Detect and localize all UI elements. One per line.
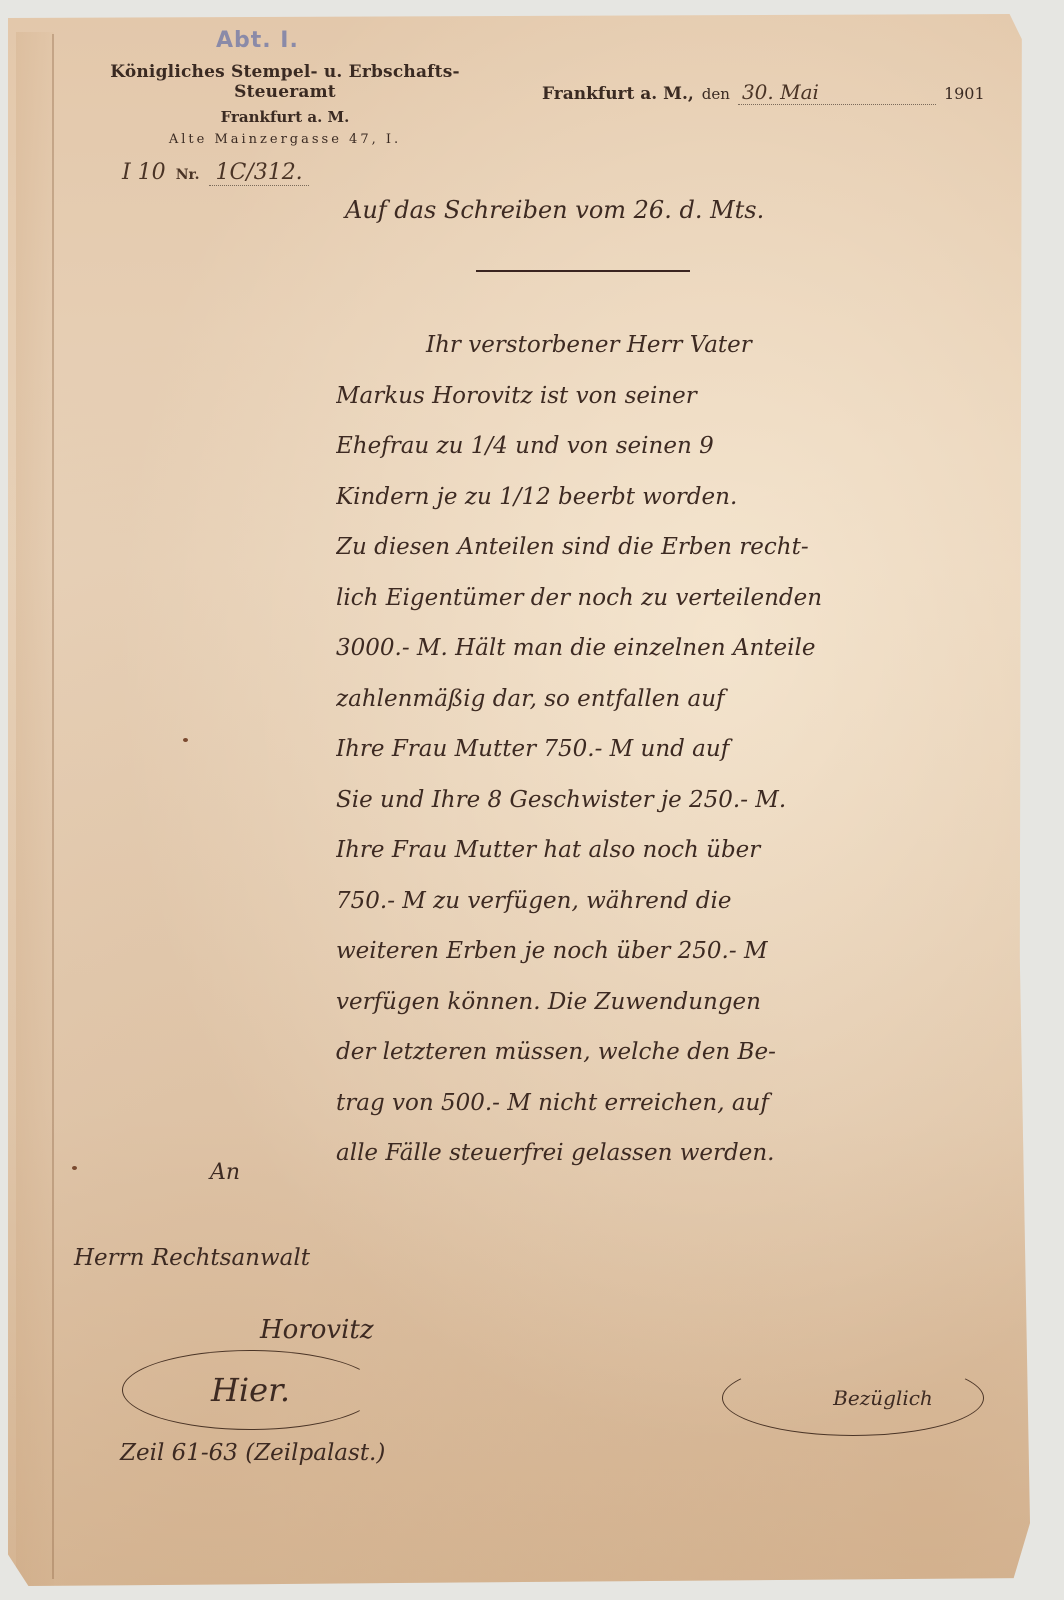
dateline-year: 1901: [944, 84, 985, 103]
ink-speck: [72, 1166, 77, 1170]
body-line: der letzteren müssen, welche den Be-: [336, 1027, 1026, 1078]
address-street: Zeil 61-63 (Zeilpalast.): [120, 1440, 385, 1466]
body-line: 750.- M zu verfügen, während die: [336, 876, 1026, 927]
body-line: Zu diesen Anteilen sind die Erben recht-: [336, 522, 1026, 573]
dateline: Frankfurt a. M., den 30. Mai 1901: [542, 80, 985, 105]
address-title: Herrn Rechtsanwalt: [74, 1245, 310, 1271]
body-line: trag von 500.- M nicht erreichen, auf: [336, 1078, 1026, 1129]
office-city: Frankfurt a. M.: [70, 108, 500, 126]
dateline-date: 30. Mai: [738, 80, 936, 105]
closing-oval: Bezüglich: [722, 1360, 984, 1436]
reference-line: I 10 Nr. 1C/312.: [122, 160, 309, 186]
ink-speck: [183, 738, 188, 742]
address-place: Hier.: [211, 1371, 290, 1409]
body-line: alle Fälle steuerfrei gelassen werden.: [336, 1128, 1026, 1179]
body-line: Kindern je zu 1/12 beerbt worden.: [336, 472, 1026, 523]
body-line: Markus Horovitz ist von seiner: [336, 371, 1026, 422]
fold-line: [52, 34, 54, 1579]
body-line: Ehefrau zu 1/4 und von seinen 9: [336, 421, 1026, 472]
closing-text: Bezüglich: [773, 1386, 933, 1410]
office-name: Königliches Stempel- u. Erbschafts-Steue…: [70, 62, 500, 102]
body-line: Ihre Frau Mutter 750.- M und auf: [336, 724, 1026, 775]
body-line: verfügen können. Die Zuwendungen: [336, 977, 1026, 1028]
reference-nr-label: Nr.: [176, 167, 200, 183]
body-line: zahlenmäßig dar, so entfallen auf: [336, 674, 1026, 725]
dateline-city: Frankfurt a. M.,: [542, 84, 694, 104]
body-line: 3000.- M. Hält man die einzelnen Anteile: [336, 623, 1026, 674]
salutation: Auf das Schreiben vom 26. d. Mts.: [345, 196, 764, 224]
address-name: Horovitz: [260, 1315, 374, 1345]
department-stamp: Abt. I.: [216, 28, 299, 53]
address-an: An: [210, 1160, 240, 1185]
body-line: Ihre Frau Mutter hat also noch über: [336, 825, 1026, 876]
dateline-den: den: [702, 85, 730, 103]
folded-margin: [16, 32, 54, 1592]
body-line: Ihr verstorbener Herr Vater: [336, 320, 1026, 371]
divider-rule: [476, 270, 690, 272]
reference-prefix: I 10: [122, 160, 166, 185]
address-place-oval: Hier.: [122, 1350, 379, 1430]
letterhead: Königliches Stempel- u. Erbschafts-Steue…: [70, 62, 500, 147]
body-line: Sie und Ihre 8 Geschwister je 250.- M.: [336, 775, 1026, 826]
office-address: Alte Mainzergasse 47, I.: [70, 132, 500, 147]
body-line: lich Eigentümer der noch zu verteilenden: [336, 573, 1026, 624]
reference-number: 1C/312.: [209, 160, 308, 186]
body-line: weiteren Erben je noch über 250.- M: [336, 926, 1026, 977]
letter-body: Ihr verstorbener Herr Vater Markus Horov…: [336, 320, 1026, 1179]
